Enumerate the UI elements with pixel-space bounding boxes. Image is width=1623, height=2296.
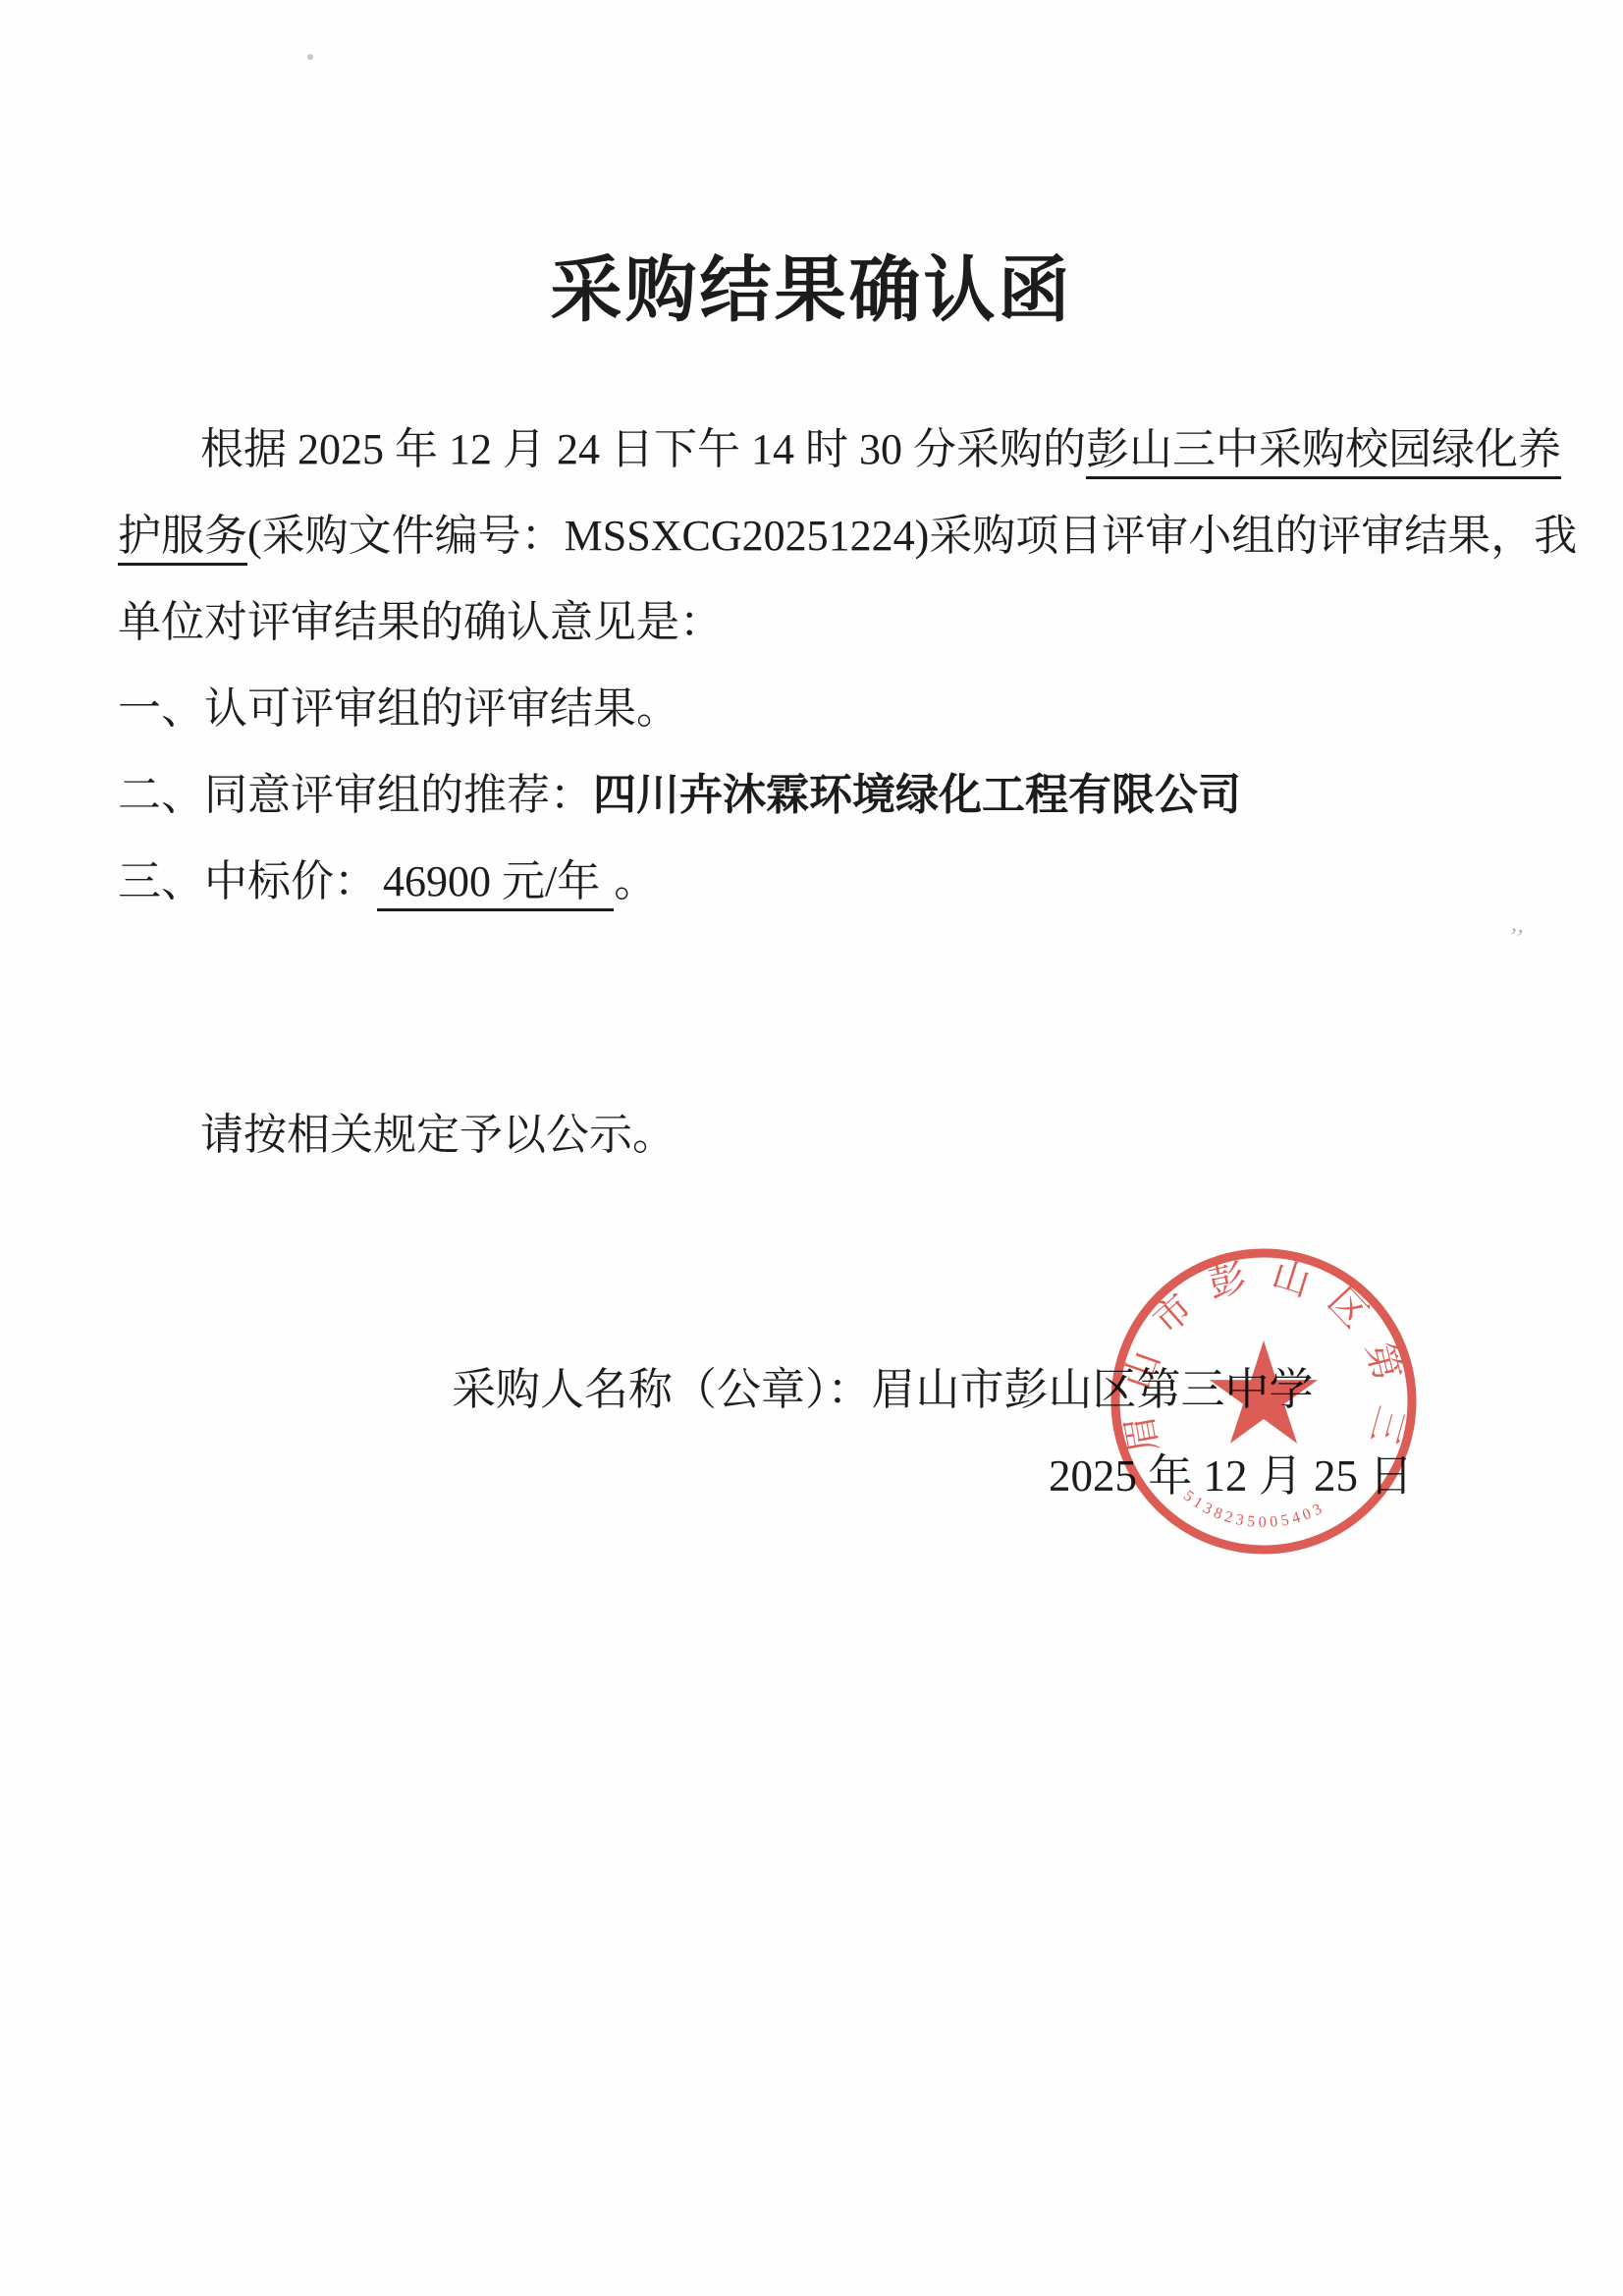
paragraph-line-1: 根据 2025 年 12 月 24 日下午 14 时 30 分采购的彭山三中采购… (118, 407, 1525, 493)
scan-artifact-mark: ’’ (1505, 922, 1526, 955)
item-2-text: 二、同意评审组的推荐： (118, 771, 593, 819)
paragraph-line-1-text: 根据 2025 年 12 月 24 日下午 14 时 30 分采购的 (200, 425, 1086, 473)
confirmation-item-2: 二、同意评审组的推荐：四川卉沐霖环境绿化工程有限公司 (118, 752, 1525, 839)
confirmation-item-1: 一、认可评审组的评审结果。 (118, 666, 1525, 752)
paragraph-line-2: 护服务(采购文件编号：MSSXCG20251224)采购项目评审小组的评审结果，… (118, 493, 1525, 579)
item-3-text: 三、中标价： (118, 857, 377, 905)
signature-block: 采购人名称（公章）：眉山市彭山区第三中学 2025 年 12 月 25 日 (0, 1346, 1623, 1519)
item-1-text: 一、认可评审组的评审结果。 (118, 684, 679, 733)
paragraph-line-3: 单位对评审结果的确认意见是： (118, 579, 1525, 666)
signature-date: 2025 年 12 月 25 日 (0, 1433, 1623, 1519)
confirmation-item-3: 三、中标价：46900 元/年。 (118, 839, 1525, 925)
item-2-winning-company: 四川卉沐霖环境绿化工程有限公司 (593, 771, 1241, 819)
publication-notice: 请按相关规定予以公示。 (118, 1092, 676, 1178)
underlined-project-name-part-1: 彭山三中采购校园绿化养 (1086, 425, 1561, 479)
item-3-suffix: 。 (614, 857, 657, 905)
document-page: 采购结果确认函 根据 2025 年 12 月 24 日下午 14 时 30 分采… (0, 0, 1623, 2296)
document-title: 采购结果确认函 (0, 232, 1623, 335)
underlined-project-name-part-2: 护服务 (118, 512, 247, 566)
document-body: 根据 2025 年 12 月 24 日下午 14 时 30 分采购的彭山三中采购… (118, 407, 1525, 925)
paragraph-line-3-text: 单位对评审结果的确认意见是： (118, 598, 723, 646)
scan-artifact-dot (307, 54, 313, 60)
purchaser-name-line: 采购人名称（公章）：眉山市彭山区第三中学 (0, 1346, 1623, 1433)
item-3-winning-price: 46900 元/年 (377, 857, 614, 911)
paragraph-line-2-text: (采购文件编号：MSSXCG20251224)采购项目评审小组的评审结果，我 (247, 512, 1577, 560)
